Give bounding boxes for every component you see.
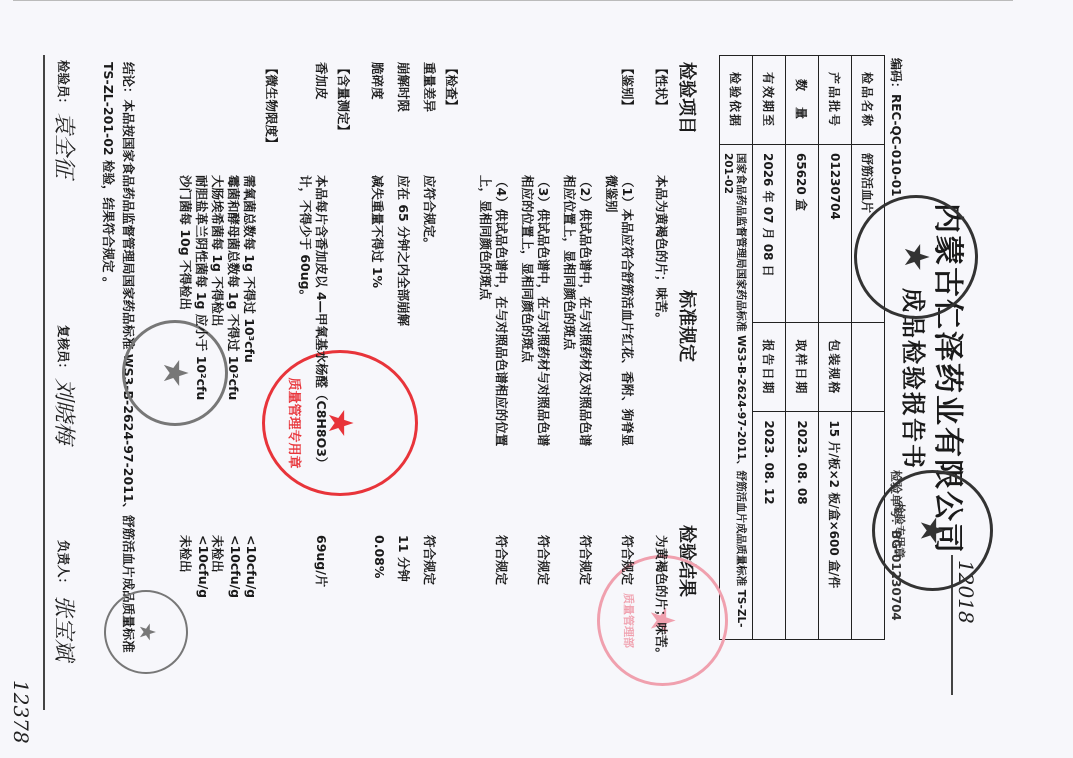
result-text: 为黄褐色的片；味苦。 bbox=[653, 535, 671, 660]
table-row: 有效期至 2026 年 07 月 08 日 报告日期 2023. 08. 12 bbox=[753, 56, 786, 640]
section-heading: 【鉴别】 bbox=[619, 62, 637, 112]
expiry-label: 有效期至 bbox=[753, 56, 786, 145]
report-date-label: 报告日期 bbox=[753, 323, 786, 412]
star-icon: ★ bbox=[916, 515, 950, 545]
standard-text: 本品为黄褐色的片；味苦。 bbox=[653, 175, 671, 325]
result-text: <10cfu/g bbox=[228, 535, 243, 598]
section-heading: 【微生物限度】 bbox=[263, 62, 281, 150]
result-text: 符合规定 bbox=[619, 535, 637, 585]
package-value: 15 片/板×2 板/盒×600 盒/件 bbox=[819, 412, 852, 640]
package-label: 包装规格 bbox=[819, 323, 852, 412]
result-text: <10cfu/g bbox=[196, 535, 211, 598]
standard-text: 耐胆盐革兰阴性菌每 1g 应小于 10²cfu bbox=[193, 175, 211, 400]
batch-value: 01230704 bbox=[819, 145, 852, 323]
table-row: 产品批号 01230704 包装规格 15 片/板×2 板/盒×600 盒/件 bbox=[819, 56, 852, 640]
center-stamp: ★ bbox=[122, 320, 228, 426]
standard-text: 霉菌和酵母菌总数每 1g 不得过 10²cfu bbox=[225, 175, 243, 400]
item-name: 脆碎度 bbox=[369, 62, 387, 100]
blank-label bbox=[852, 323, 885, 412]
reviewer-label: 复核员： bbox=[55, 325, 73, 375]
center-stamp-2: ★ bbox=[104, 590, 188, 674]
conclusion-line-2: TS-ZL-201-02 检验，结果符合规定 。 bbox=[100, 62, 118, 289]
signature-rule bbox=[44, 55, 46, 710]
basis-value: 国家食品药品监督管理局国家药品标准 WS3-B-2624-97-2011、舒筋活… bbox=[720, 145, 753, 640]
quantity-value: 65620 盒 bbox=[786, 145, 819, 323]
product-name-label: 检品名称 bbox=[852, 56, 885, 145]
table-row: 数 量 65620 盒 取样日期 2023. 08. 08 bbox=[786, 56, 819, 640]
result-text: <10cfu/g bbox=[244, 535, 259, 598]
scan-edge bbox=[13, 0, 1013, 1]
basis-label: 检验依据 bbox=[720, 56, 753, 145]
standard-text: 沙门菌每 10g 不得检出 bbox=[177, 175, 195, 310]
result-text: 符合规定 bbox=[493, 535, 511, 585]
manager-signature: 张宝斌 bbox=[50, 595, 81, 661]
inspector-signature: 袁全征 bbox=[50, 112, 81, 178]
standard-text: 减失重量不得过 1% bbox=[369, 175, 387, 288]
item-name: 重量差异 bbox=[421, 62, 439, 112]
standard-text: 需氧菌总数每 1g 不得过 10³cfu bbox=[241, 175, 259, 363]
standard-text: （4）供试品色谱中，在与对照品色谱相应的位置 bbox=[493, 175, 511, 446]
standard-text: 相应的位置上，显相同颜色的斑点 bbox=[519, 175, 537, 363]
result-text: 符合规定 bbox=[421, 535, 439, 585]
standard-text: 上，显相同颜色的斑点 bbox=[477, 175, 495, 300]
result-text: 未检出 bbox=[177, 535, 195, 573]
report-date-value: 2023. 08. 12 bbox=[753, 412, 786, 640]
item-name: 香加皮 bbox=[313, 62, 331, 100]
standard-text: （1）本品应符合舒筋活血片红花、香附、狗脊显 bbox=[619, 175, 637, 446]
result-text: 符合规定 bbox=[535, 535, 553, 585]
standard-text: （3）供试品色谱中，在与对照药材与对照品色谱 bbox=[535, 175, 553, 446]
standard-text: 本品每片含香加皮以 4—甲氧基水杨醛（C8H8O3） bbox=[313, 175, 331, 469]
document-code: 编码：REC-QC-010-01 bbox=[888, 58, 905, 197]
section-heading: 【含量测定】 bbox=[335, 62, 353, 137]
table-row: 检验依据 国家食品药品监督管理局国家药品标准 WS3-B-2624-97-201… bbox=[720, 56, 753, 640]
star-icon: ★ bbox=[158, 358, 192, 388]
inspector-label: 检验员： bbox=[55, 60, 73, 110]
sampling-date-value: 2023. 08. 08 bbox=[786, 412, 819, 640]
handwritten-bottom-note: 12378 bbox=[9, 680, 33, 744]
qc-stamp: ★ bbox=[854, 195, 978, 319]
quality-management-stamp: ★ 质量管理专用章 bbox=[262, 350, 418, 496]
result-text: 69ug/片 bbox=[313, 535, 331, 587]
item-name: 崩解时限 bbox=[395, 62, 413, 112]
reviewer-signature: 刘晓梅 bbox=[50, 378, 81, 444]
standard-text: 相应位置上，显相同颜色的斑点 bbox=[561, 175, 579, 350]
standard-text: 大肠埃希菌每 1g 不得检出 bbox=[209, 175, 227, 326]
standard-text: 应在 65 分钟之内全部崩解 bbox=[395, 175, 413, 326]
section-heading: 【性状】 bbox=[653, 62, 671, 112]
expiry-value: 2026 年 07 月 08 日 bbox=[753, 145, 786, 323]
star-icon: ★ bbox=[135, 622, 157, 642]
batch-label: 产品批号 bbox=[819, 56, 852, 145]
product-info-table: 检品名称 舒筋活血片 产品批号 01230704 包装规格 15 片/板×2 板… bbox=[719, 55, 885, 640]
qc-stamp-2: ★ 检验专用章 bbox=[872, 470, 993, 591]
star-icon: ★ bbox=[899, 242, 933, 272]
standard-text: 计，不得少于 60ug。 bbox=[297, 175, 315, 302]
standard-text: 应符合规定。 bbox=[421, 175, 439, 250]
result-text: 未检出 bbox=[209, 535, 227, 573]
result-text: 11 分钟 bbox=[395, 535, 413, 582]
standard-text: （2）供试品色谱中，在与对照药材及对照品色谱 bbox=[577, 175, 595, 446]
inspection-report-page: 内蒙古仁泽药业有限公司 成品检验报告书 编码：REC-QC-010-01 检验单… bbox=[0, 0, 1073, 758]
quantity-label: 数 量 bbox=[786, 56, 819, 145]
sampling-date-label: 取样日期 bbox=[786, 323, 819, 412]
result-text: 0.08% bbox=[372, 535, 387, 578]
result-text: 符合规定 bbox=[577, 535, 595, 585]
manager-label: 负责人： bbox=[55, 540, 73, 590]
column-header-standard: 标准规定 bbox=[675, 290, 701, 362]
section-heading: 【检查】 bbox=[443, 62, 461, 112]
column-header-item: 检验项目 bbox=[675, 62, 701, 134]
standard-text: 微鉴别 bbox=[603, 175, 621, 213]
